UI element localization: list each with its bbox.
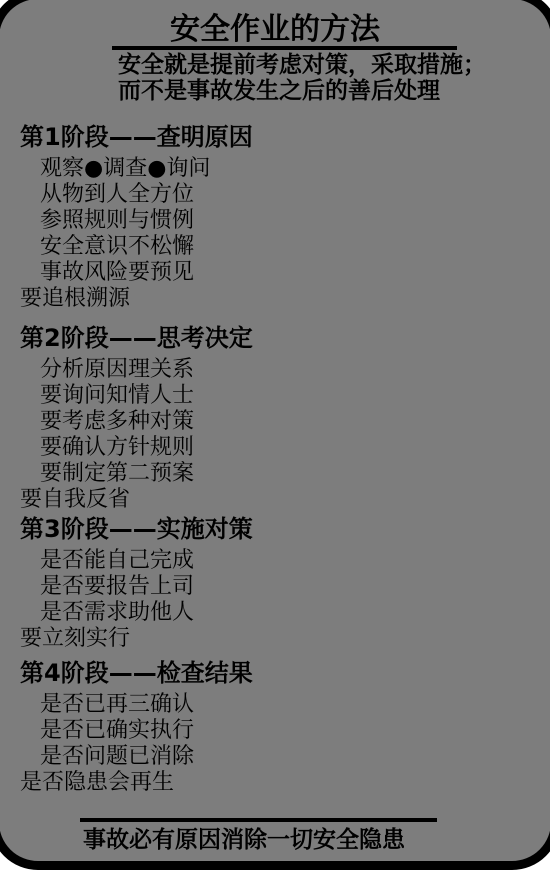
stage-items: 观察●调查●询问从物到人全方位参照规则与惯例安全意识不松懈事故风险要预见 <box>20 156 530 286</box>
stage-conclusion: 要追根溯源 <box>20 286 530 312</box>
stage-items: 分析原因理关系要询问知情人士要考虑多种对策要确认方针规则要制定第二预案 <box>20 357 530 487</box>
stage-heading: 第4阶段——检查结果 <box>20 661 530 685</box>
stage-item: 是否已再三确认 <box>20 692 530 718</box>
stage-conclusion: 是否隐患会再生 <box>20 770 530 796</box>
poster-subtitle: 安全就是提前考虑对策，采取措施； 而不是事故发生之后的善后处理 <box>118 52 486 104</box>
stage-item: 是否能自己完成 <box>20 548 530 574</box>
stage-conclusion: 要自我反省 <box>20 487 530 513</box>
stage-section: 第1阶段——查明原因 观察●调查●询问从物到人全方位参照规则与惯例安全意识不松懈… <box>20 125 530 312</box>
stage-item: 是否需求助他人 <box>20 600 530 626</box>
stage-section: 第2阶段——思考决定 分析原因理关系要询问知情人士要考虑多种对策要确认方针规则要… <box>20 326 530 513</box>
stage-section: 第4阶段——检查结果 是否已再三确认是否已确实执行是否问题已消除 是否隐患会再生 <box>20 661 530 796</box>
poster-title: 安全作业的方法 <box>0 13 550 47</box>
stage-item: 参照规则与惯例 <box>20 208 530 234</box>
stage-heading: 第2阶段——思考决定 <box>20 326 530 350</box>
subtitle-line-2: 而不是事故发生之后的善后处理 <box>118 78 486 104</box>
stage-items: 是否能自己完成是否要报告上司是否需求助他人 <box>20 548 530 626</box>
stage-item: 从物到人全方位 <box>20 182 530 208</box>
stage-item: 要确认方针规则 <box>20 435 530 461</box>
stage-item: 要考虑多种对策 <box>20 409 530 435</box>
footer-rule <box>80 818 437 822</box>
stage-section: 第3阶段——实施对策 是否能自己完成是否要报告上司是否需求助他人 要立刻实行 <box>20 517 530 652</box>
stage-item: 安全意识不松懈 <box>20 234 530 260</box>
stage-list: 第1阶段——查明原因 观察●调查●询问从物到人全方位参照规则与惯例安全意识不松懈… <box>20 125 530 796</box>
footer-text: 事故必有原因消除一切安全隐患 <box>83 826 405 854</box>
stage-item: 分析原因理关系 <box>20 357 530 383</box>
stage-item: 观察●调查●询问 <box>20 156 530 182</box>
stage-conclusion: 要立刻实行 <box>20 626 530 652</box>
stage-item: 是否已确实执行 <box>20 718 530 744</box>
subtitle-line-1: 安全就是提前考虑对策，采取措施； <box>118 52 486 78</box>
stage-item: 要制定第二预案 <box>20 461 530 487</box>
stage-items: 是否已再三确认是否已确实执行是否问题已消除 <box>20 692 530 770</box>
stage-item: 是否要报告上司 <box>20 574 530 600</box>
stage-item: 事故风险要预见 <box>20 260 530 286</box>
poster: 安全作业的方法 安全就是提前考虑对策，采取措施； 而不是事故发生之后的善后处理 … <box>0 0 550 870</box>
title-underline <box>112 46 457 50</box>
stage-heading: 第3阶段——实施对策 <box>20 517 530 541</box>
stage-item: 要询问知情人士 <box>20 383 530 409</box>
stage-item: 是否问题已消除 <box>20 744 530 770</box>
stage-heading: 第1阶段——查明原因 <box>20 125 530 149</box>
